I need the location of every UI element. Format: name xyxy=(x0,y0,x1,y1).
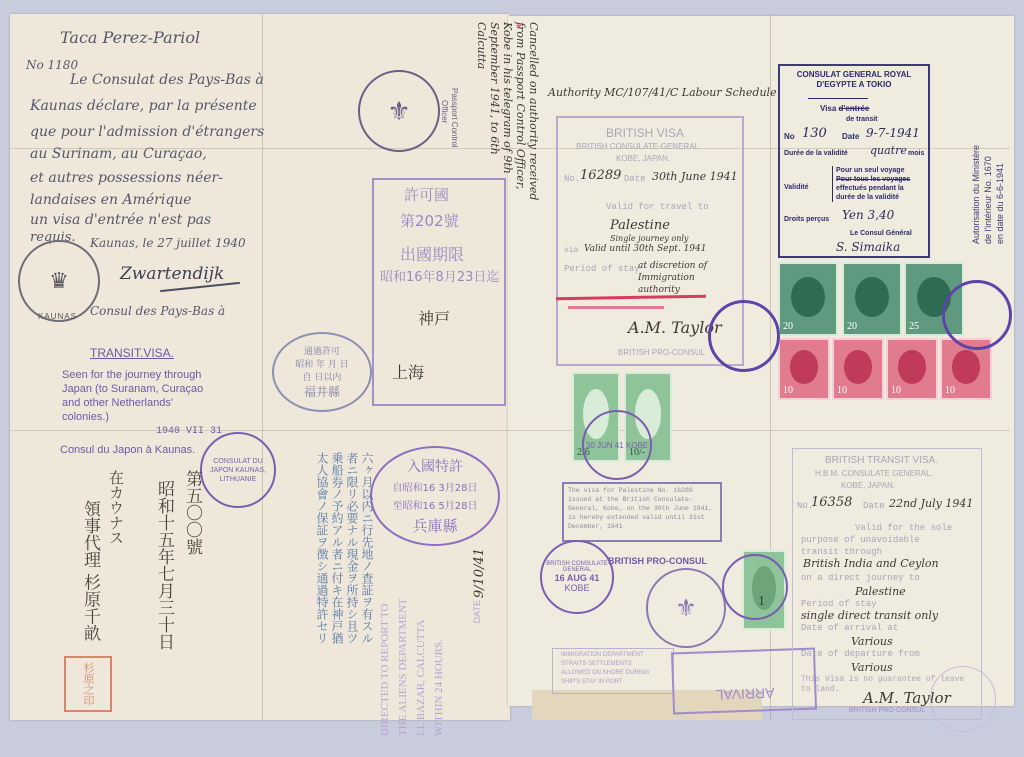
handwritten-japanese: 昭和十五年七月三十日 xyxy=(152,480,177,670)
note-line: landaises en Amérique xyxy=(30,192,192,208)
valid-line: transit through xyxy=(801,547,882,557)
transit-through: British India and Ceylon xyxy=(803,557,939,570)
crest-icon: ⚜ xyxy=(387,96,410,127)
period-label: Period of stay xyxy=(801,599,877,609)
kobe-postmark: 30 JUN 41 KOBE xyxy=(582,410,652,480)
stamp-line: 自 日以内 xyxy=(303,370,342,383)
exit-limit-date: 昭和16年8月23日迄 xyxy=(380,266,499,285)
egypt-cancel-postmark xyxy=(942,280,1012,350)
transit-number: 16358 xyxy=(811,495,852,510)
visa-struck: d'entrée xyxy=(839,104,870,113)
transit-title: BRITISH TRANSIT VISA. xyxy=(825,455,938,466)
stamp-line: 昭和 年 月 日 xyxy=(295,357,349,370)
visa-title: BRITISH VISA xyxy=(606,126,684,140)
permit-number: 第202號 xyxy=(400,210,459,231)
transit-visa-title: TRANSIT.VISA. xyxy=(90,346,174,360)
british-consulate-seal: ⚜ xyxy=(358,70,440,152)
note-line: que pour l'admission d'étrangers xyxy=(30,124,264,140)
stamp-to: 至昭和16 5月28日 xyxy=(393,497,478,512)
crest-icon: ♛ xyxy=(49,268,69,294)
stamp-prefecture: 兵庫縣 xyxy=(412,515,457,536)
egypt-stamp-red: 10 xyxy=(886,338,938,400)
valid-line: purpose of unavoidable xyxy=(801,535,920,545)
postmark-date: 30 JUN 41 KOBE xyxy=(586,441,648,450)
hyogo-entry-stamp: 入國特許 自昭和16 3月28日 至昭和16 5月28日 兵庫縣 xyxy=(370,446,500,546)
journey-label: on a direct journey to xyxy=(801,573,920,583)
handwritten-japanese: 第五〇〇號 xyxy=(180,470,205,650)
faint-consulate-stamp xyxy=(930,666,996,732)
egypt-number-label: No xyxy=(784,132,795,141)
stamp-text: CONSULAT DU JAPON KAUNAS, LITHUANIE xyxy=(208,457,268,484)
stamp-line: 通過許可 xyxy=(304,344,340,357)
king-portrait-icon xyxy=(898,350,927,384)
consul-line: Consul du Japon à Kaunas. xyxy=(60,444,195,456)
visa-note: Single journey only xyxy=(610,234,688,243)
exit-limit-label: 出國期限 xyxy=(400,242,464,265)
transit-issuer: H.B.M. CONSULATE GENERAL, xyxy=(815,469,933,478)
crest-icon: ⚜ xyxy=(675,594,697,623)
note-line: Le Consulat des Pays-Bas à xyxy=(70,72,264,88)
fee-value: Yen 3,40 xyxy=(842,208,894,222)
arrival-value: Various xyxy=(851,635,893,648)
journey-to: Palestine xyxy=(855,585,906,598)
egyptian-visa-box: CONSULAT GENERAL ROYAL D'EGYPTE A TOKIO … xyxy=(778,64,930,258)
stamp-line: DIRECTED TO REPORT TO xyxy=(376,556,394,736)
egypt-stamp-green: 20 xyxy=(778,262,838,336)
period-value: single direct transit only xyxy=(801,609,938,622)
note-line: et autres possessions néer- xyxy=(30,170,223,186)
visa-destination: Palestine xyxy=(610,218,670,233)
note-line: Kaunas déclare, par la présente xyxy=(30,98,257,114)
red-strike xyxy=(568,306,664,309)
consulat-du-japon-stamp: CONSULAT DU JAPON KAUNAS, LITHUANIE xyxy=(200,432,276,508)
transit-visa-body: Seen for the journey through Japan (to S… xyxy=(62,368,222,424)
visa-date: 30th June 1941 xyxy=(652,170,738,183)
stamp-line: LL BAZAR, CALCUTTA xyxy=(412,556,430,736)
visa-valid-label: Valid for travel to xyxy=(606,202,709,212)
transit-date-label: Date xyxy=(863,501,885,511)
egypt-stamp-red: 10 xyxy=(778,338,830,400)
fold-line xyxy=(262,14,263,720)
egypt-stamp-red: 10 xyxy=(832,338,884,400)
visa-authority: Authority MC/107/41/C Labour Schedule xyxy=(548,86,777,99)
validity-value: quatre xyxy=(870,144,907,157)
red-seal: 杉原之印 xyxy=(64,656,112,712)
visa-number-label: No. xyxy=(564,174,580,184)
pro-consul-label: BRITISH PRO-CONSUL xyxy=(608,556,707,566)
king-portrait-icon xyxy=(790,350,819,384)
note-number: No 1180 xyxy=(26,58,78,72)
egypt-date-label: Date xyxy=(842,132,859,141)
note-footer: Consul des Pays-Bas à xyxy=(90,304,225,318)
visa-location: KOBE, JAPAN. xyxy=(616,154,670,163)
visa-label: Visa xyxy=(820,104,836,113)
stamp-header: 入國特許 xyxy=(407,456,463,476)
validity-label: Durée de la validité xyxy=(784,150,848,157)
consulate-postmark xyxy=(722,554,788,620)
king-portrait-icon xyxy=(952,350,981,384)
cancellation-note: Cancelled on authority received from Pas… xyxy=(470,22,540,202)
visa-via-label: via xyxy=(564,246,578,255)
immigration-text: IMMIGRATION DEPARTMENT STRAITS SETTLEMEN… xyxy=(561,651,649,687)
king-portrait-icon xyxy=(791,277,825,318)
asterisk-mark: * xyxy=(516,20,521,36)
seal-text: KAUNAS xyxy=(38,312,77,321)
king-portrait-icon xyxy=(855,277,889,318)
signature: Zwartendijk xyxy=(120,264,224,284)
transit-visa-date: 1940 VII 31 xyxy=(156,426,222,437)
note-date: Kaunas, le 27 juillet 1940 xyxy=(90,236,246,250)
visa-type: de transit xyxy=(846,116,878,123)
valid-line: Valid for the sole xyxy=(855,523,952,533)
departure-label: Date of departure from xyxy=(801,649,920,659)
egypt-signature: S. Simaika xyxy=(836,240,900,254)
note-line: au Surinam, au Curaçao, xyxy=(30,146,207,162)
note-line: un visa d'entrée n'est pas xyxy=(30,212,211,228)
king-portrait-icon xyxy=(844,350,873,384)
validite-label: Validité xyxy=(784,184,809,191)
kobe-consulate-stamp: BRITISH CONSULATE GENERAL 16 AUG 41 KOBE xyxy=(540,540,614,614)
stamp-line: WITHIN 24 HOURS. xyxy=(430,556,448,736)
fukui-transit-stamp: 通過許可 昭和 年 月 日 自 日以内 福井縣 xyxy=(272,332,372,412)
passport-control-label: Officer xyxy=(440,100,449,123)
egypt-number: 130 xyxy=(802,126,827,141)
egypt-stamp-green: 20 xyxy=(842,262,902,336)
fee-label: Droits perçus xyxy=(784,216,829,223)
permit-header: 許可國 xyxy=(404,184,449,205)
extension-text: The visa for Palestine No. 16289 issued … xyxy=(568,486,716,531)
stamp-from: 自昭和16 3月28日 xyxy=(393,479,478,494)
egypt-cancel-postmark xyxy=(708,300,780,372)
calcutta-aliens-stamp: DIRECTED TO REPORT TO THE ALIENS DEPARTM… xyxy=(362,540,442,715)
dutch-consulate-seal: ♛ xyxy=(18,240,100,322)
consulate-general-seal: ⚜ xyxy=(646,568,726,648)
japanese-exit-permit: 許可國 第202號 出國期限 昭和16年8月23日迄 神戸 上海 xyxy=(372,178,506,406)
visa-issuer: BRITISH CONSULATE-GENERAL xyxy=(576,142,699,151)
ministry-authorization: Autorisation du Ministère de l'intérieur… xyxy=(970,64,1006,244)
transit-date: 22nd July 1941 xyxy=(889,497,973,510)
visa-date-label: Date xyxy=(624,174,646,184)
calcutta-date-label: DATE xyxy=(472,600,482,623)
stamp-line: 福井縣 xyxy=(304,383,340,400)
immigration-department-box: IMMIGRATION DEPARTMENT STRAITS SETTLEMEN… xyxy=(552,648,674,694)
transit-location: KOBE, JAPAN. xyxy=(841,481,895,490)
note-heading: Taca Perez-Pariol xyxy=(60,28,200,47)
departure-value: Various xyxy=(851,661,893,674)
stamp-line: THE ALIENS DEPARTMENT xyxy=(394,556,412,736)
calcutta-date: 9/10/41 xyxy=(472,548,487,598)
visa-footer: BRITISH PRO-CONSUL xyxy=(618,348,705,357)
visa-period: at discretion of Immigration authority xyxy=(568,260,728,296)
handwritten-japanese: 在カウナス xyxy=(106,470,127,570)
signer-title: Le Consul Général xyxy=(850,230,912,237)
visa-number: 16289 xyxy=(580,168,621,183)
arrival-label: Date of arrival at xyxy=(801,623,898,633)
visa-via: Valid until 30th Sept. 1941 xyxy=(584,244,706,254)
transit-footer: BRITISH PRO-CONSUL xyxy=(849,707,925,714)
passport-control-label: Passport Control xyxy=(450,88,459,148)
validity-options: Pour un seul voyage Pour tous les voyage… xyxy=(832,166,910,202)
egypt-heading: CONSULAT GENERAL ROYAL D'EGYPTE A TOKIO xyxy=(784,70,924,90)
permit-to: 上海 xyxy=(392,360,424,383)
validity-unit: mois xyxy=(908,150,924,157)
egypt-date: 9-7-1941 xyxy=(866,126,920,140)
extension-box: The visa for Palestine No. 16289 issued … xyxy=(562,482,722,542)
permit-from: 神戸 xyxy=(418,306,450,329)
